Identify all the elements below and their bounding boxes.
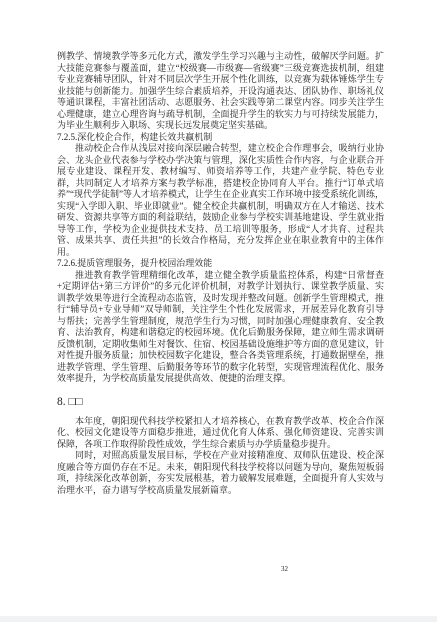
body-paragraph: 推进教育教学管理精细化改革，建立健全教学质量监控体系，构建“日常督查+定期评估+…	[57, 270, 384, 385]
section-heading-7-2-5: 7.2.5.深化校企合作，构建长效共赢机制	[57, 132, 384, 144]
page-number: 32	[281, 565, 288, 574]
page-text-column: 例教学、情境教学等多元化方式，激发学生学习兴趣与主动性，破解厌学问题。扩大技能竞…	[57, 51, 384, 496]
page-bottom-edge	[0, 616, 437, 622]
body-paragraph: 本年度，朝阳现代科技学校紧扣人才培养核心，在教育教学改革、校企合作深化、校园文化…	[57, 416, 384, 451]
body-paragraph-continuation: 例教学、情境教学等多元化方式，激发学生学习兴趣与主动性，破解厌学问题。扩大技能竞…	[57, 51, 384, 132]
chapter-heading-8: 8. □□	[57, 395, 384, 409]
document-page: 例教学、情境教学等多元化方式，激发学生学习兴趣与主动性，破解厌学问题。扩大技能竞…	[0, 0, 437, 622]
body-paragraph: 推动校企合作从浅层对接向深层融合转型，建立校企合作理事会，吸纳行业协会、龙头企业…	[57, 143, 384, 258]
section-heading-7-2-6: 7.2.6.提质管理服务，提升校园治理效能	[57, 258, 384, 270]
body-paragraph: 同时，对照高质量发展目标，学校在产业对接精准度、双师队伍建设、校企深度融合等方面…	[57, 450, 384, 496]
